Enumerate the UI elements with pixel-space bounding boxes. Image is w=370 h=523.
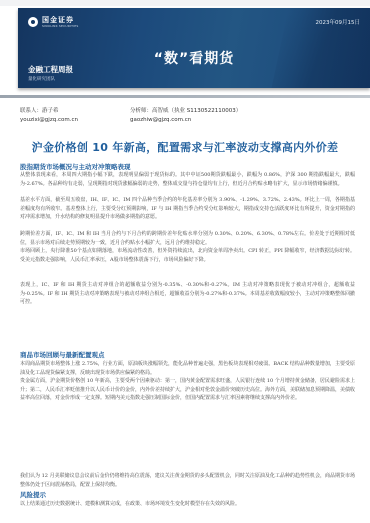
logo-name-cn: 国金证券: [42, 16, 79, 24]
analyst-email[interactable]: gaozhiw@gjzq.com.cn: [130, 116, 241, 125]
paragraph: 跨期价差方面，IF、IC、IM 和 IH 当月合约与下月合约的跨期价差年化贴水率…: [20, 230, 355, 247]
section-title-commodities: 商品市场回顾与最新配置观点: [20, 350, 105, 359]
contact-email[interactable]: youzixi@gjzq.com.cn: [20, 116, 78, 125]
section-futures-body: 从整体表现来看，本周四大期指小幅下跌，表现明显偏弱于现货标的。其中中证500期货…: [20, 171, 355, 350]
report-banner: 国金证券 SINOLINK SECURITIES 2023年09月15日 “数”…: [18, 8, 370, 88]
report-subtitle: 量化研究团队: [28, 76, 55, 82]
top-strip: [0, 0, 370, 6]
paragraph: 从整体表现来看，本周四大期指小幅下跌，表现明显偏弱于现货标的。其中中证500期货…: [20, 171, 355, 196]
divider: [0, 95, 370, 98]
paragraph: 我们认为 12 月美联储议息会议前后金价仍将维持高位震荡，建议关注黄金期货的多头…: [20, 472, 355, 489]
section-commodities-body: 本周商品期货市场整体上涨 2.75%，行业方面，原油板块涨幅领先，能化品种普遍走…: [20, 360, 355, 489]
section-title-futures: 股指期货市场概况与主动对冲策略表现: [20, 162, 131, 171]
logo-name-en: SINOLINK SECURITIES: [42, 24, 79, 28]
paragraph: 以上结果通过历史数据统计、建模和测算完成，在政策、市场环境发生变化时模型存在失效…: [20, 500, 355, 509]
analyst-info: 分析师：高智威（执业 S1130522110003）: [130, 107, 241, 116]
paragraph: 市场回顾上，央行降准50个基点如期落地，市场流动性改善，但外资持续流出，北向资金…: [20, 247, 355, 281]
logo-circle-icon: [28, 17, 38, 27]
report-headline: 沪金价格创 10 年新高，配置需求与汇率波动支撑高内外价差: [0, 139, 370, 155]
paragraph: 基差水平方面，截至周五收盘，IH、IF、IC、IM 四个品种当季合约的年化基差率…: [20, 196, 355, 230]
section-risk-body: 以上结果通过历史数据统计、建模和测算完成，在政策、市场环境发生变化时模型存在失效…: [20, 500, 355, 509]
contact-person: 联系人：游子希: [20, 107, 78, 116]
paragraph: 贵金属方面，沪金期货价格创 10 年新高，主要受两个因素驱动：第一，国内黄金配置…: [20, 377, 355, 472]
company-logo: 国金证券 SINOLINK SECURITIES: [28, 16, 79, 28]
section-title-risk: 风险提示: [20, 490, 46, 499]
paragraph: 本周商品期货市场整体上涨 2.75%，行业方面，原油板块涨幅领先，能化品种普遍走…: [20, 360, 355, 377]
report-date: 2023年09月15日: [316, 18, 361, 26]
paragraph: 表现上，IC、IF 和 IH 期货主动对冲组合的超额收益分别为-0.35%、-0…: [20, 281, 355, 350]
report-type: 金融工程周报: [28, 64, 73, 75]
